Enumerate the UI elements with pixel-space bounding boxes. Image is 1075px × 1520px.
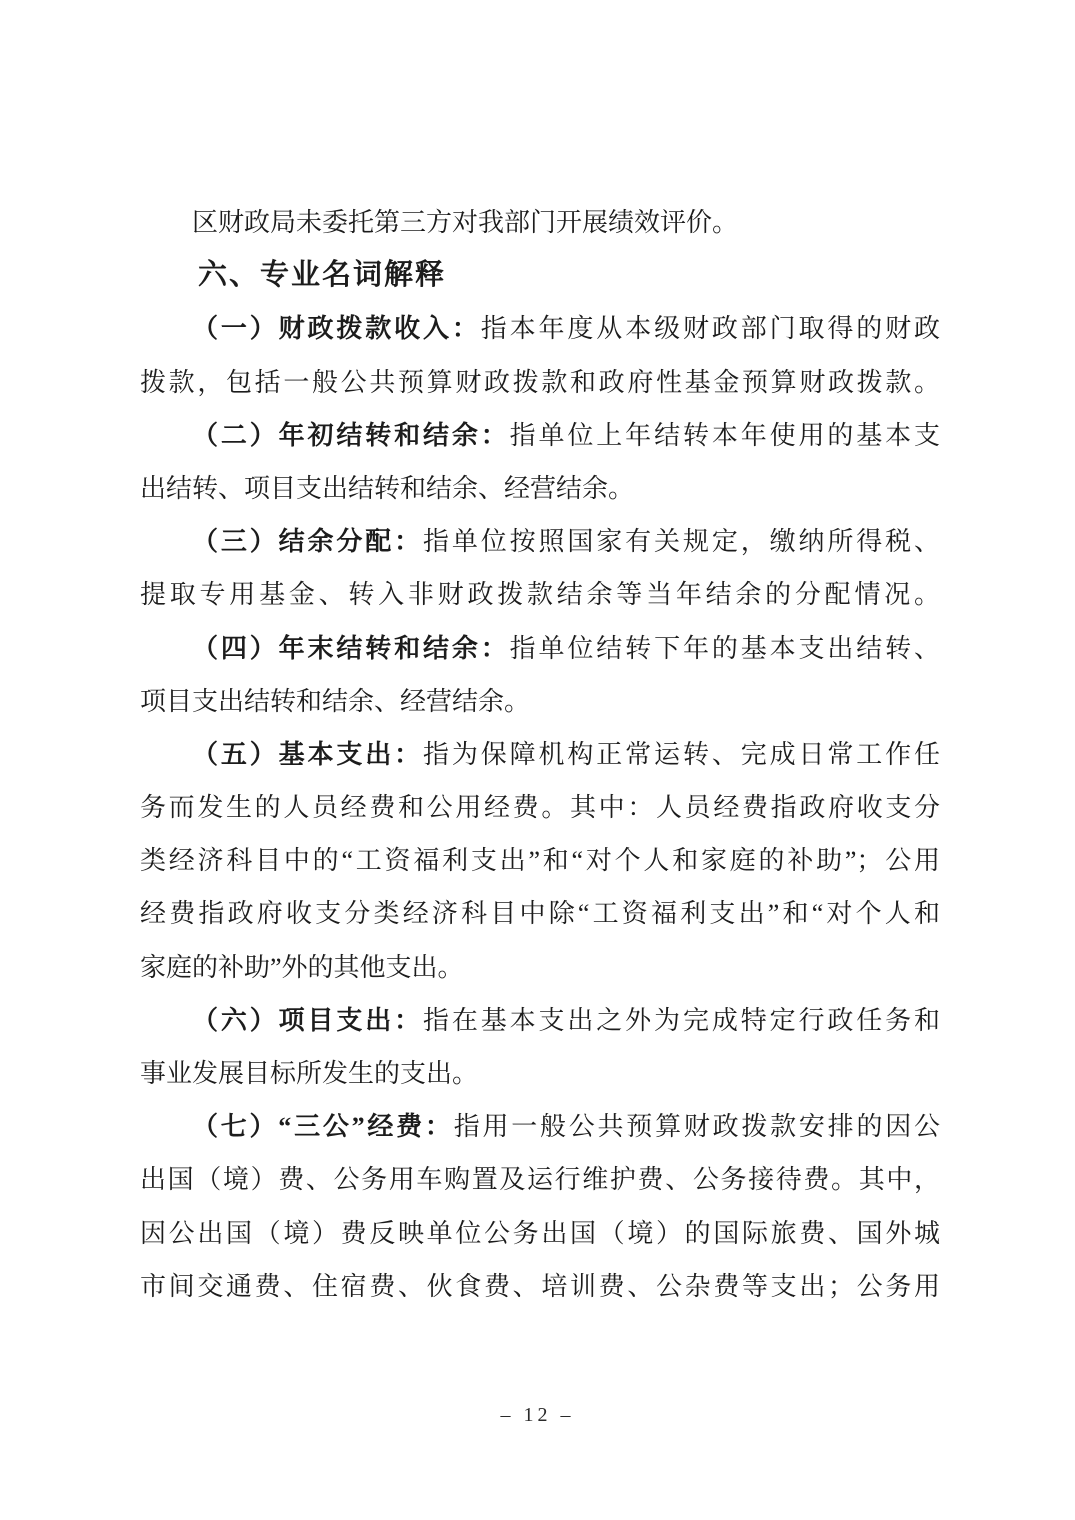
paragraph-continuation-line: 类经济科目中的“工资福利支出”和“对个人和家庭的补助”；公用 [140,834,940,887]
paragraph-end-line: 事业发展目标所发生的支出。 [140,1047,940,1100]
term-label: （四）年末结转和结余： [192,634,510,663]
paragraph-continuation-line: 出国（境）费、公务用车购置及运行维护费、公务接待费。其中， [140,1153,940,1206]
term-label: （七）“三公”经费： [192,1112,454,1141]
term-line-fiscal-appropriation-income: （一）财政拨款收入：指本年度从本级财政部门取得的财政 [140,302,940,355]
term-definition: 指为保障机构正常运转、完成日常工作任 [423,740,940,769]
body-text: 因公出国（境）费反映单位公务出国（境）的国际旅费、国外城 [140,1219,940,1248]
document-page: { "page": { "background": "#ffffff", "te… [0,0,1075,1520]
intro-paragraph-line: 区财政局未委托第三方对我部门开展绩效评价。 [140,196,940,249]
body-text: 市间交通费、住宿费、伙食费、培训费、公杂费等支出；公务用 [140,1272,940,1301]
term-line-beginning-carryover: （二）年初结转和结余：指单位上年结转本年使用的基本支 [140,409,940,462]
body-text: 事业发展目标所发生的支出。 [140,1059,478,1088]
term-definition: 指在基本支出之外为完成特定行政任务和 [423,1006,940,1035]
paragraph-end-line: 家庭的补助”外的其他支出。 [140,941,940,994]
body-text: 提取专用基金、转入非财政拨款结余等当年结余的分配情况。 [140,580,940,609]
body-text: 出结转、项目支出结转和结余、经营结余。 [140,474,634,503]
section-heading: 六、专业名词解释 [140,249,940,302]
paragraph-continuation-line: 拨款，包括一般公共预算财政拨款和政府性基金预算财政拨款。 [140,356,940,409]
term-line-basic-expenditure: （五）基本支出：指为保障机构正常运转、完成日常工作任 [140,728,940,781]
body-text: 类经济科目中的“工资福利支出”和“对个人和家庭的补助”；公用 [140,846,940,875]
term-line-yearend-carryover: （四）年末结转和结余：指单位结转下年的基本支出结转、 [140,622,940,675]
paragraph-continuation-line: 提取专用基金、转入非财政拨款结余等当年结余的分配情况。 [140,568,940,621]
term-definition: 指单位结转下年的基本支出结转、 [510,634,940,663]
paragraph-continuation-line: 经费指政府收支分类经济科目中除“工资福利支出”和“对个人和 [140,887,940,940]
body-text: 务而发生的人员经费和公用经费。其中：人员经费指政府收支分 [140,793,940,822]
intro-text: 区财政局未委托第三方对我部门开展绩效评价。 [192,208,738,237]
section-heading-text: 六、专业名词解释 [198,259,446,291]
body-text: 家庭的补助”外的其他支出。 [140,953,464,982]
term-label: （三）结余分配： [192,527,423,556]
paragraph-end-line: 项目支出结转和结余、经营结余。 [140,675,940,728]
document-text-block: 区财政局未委托第三方对我部门开展绩效评价。 六、专业名词解释 （一）财政拨款收入… [140,196,940,1313]
body-text: 经费指政府收支分类经济科目中除“工资福利支出”和“对个人和 [140,899,940,928]
term-label: （五）基本支出： [192,740,423,769]
body-text: 拨款，包括一般公共预算财政拨款和政府性基金预算财政拨款。 [140,368,940,397]
term-line-project-expenditure: （六）项目支出：指在基本支出之外为完成特定行政任务和 [140,994,940,1047]
body-text: 出国（境）费、公务用车购置及运行维护费、公务接待费。其中， [140,1165,940,1194]
term-label: （六）项目支出： [192,1006,423,1035]
term-line-three-public-funds: （七）“三公”经费：指用一般公共预算财政拨款安排的因公 [140,1100,940,1153]
term-line-surplus-distribution: （三）结余分配：指单位按照国家有关规定，缴纳所得税、 [140,515,940,568]
page-number: – 12 – [0,1404,1075,1427]
paragraph-continuation-line: 市间交通费、住宿费、伙食费、培训费、公杂费等支出；公务用 [140,1260,940,1313]
term-label: （二）年初结转和结余： [192,421,510,450]
term-definition: 指单位上年结转本年使用的基本支 [510,421,940,450]
term-definition: 指用一般公共预算财政拨款安排的因公 [454,1112,940,1141]
paragraph-continuation-line: 因公出国（境）费反映单位公务出国（境）的国际旅费、国外城 [140,1207,940,1260]
term-definition: 指单位按照国家有关规定，缴纳所得税、 [423,527,940,556]
term-definition: 指本年度从本级财政部门取得的财政 [481,314,940,343]
term-label: （一）财政拨款收入： [192,314,481,343]
paragraph-end-line: 出结转、项目支出结转和结余、经营结余。 [140,462,940,515]
body-text: 项目支出结转和结余、经营结余。 [140,687,530,716]
paragraph-continuation-line: 务而发生的人员经费和公用经费。其中：人员经费指政府收支分 [140,781,940,834]
